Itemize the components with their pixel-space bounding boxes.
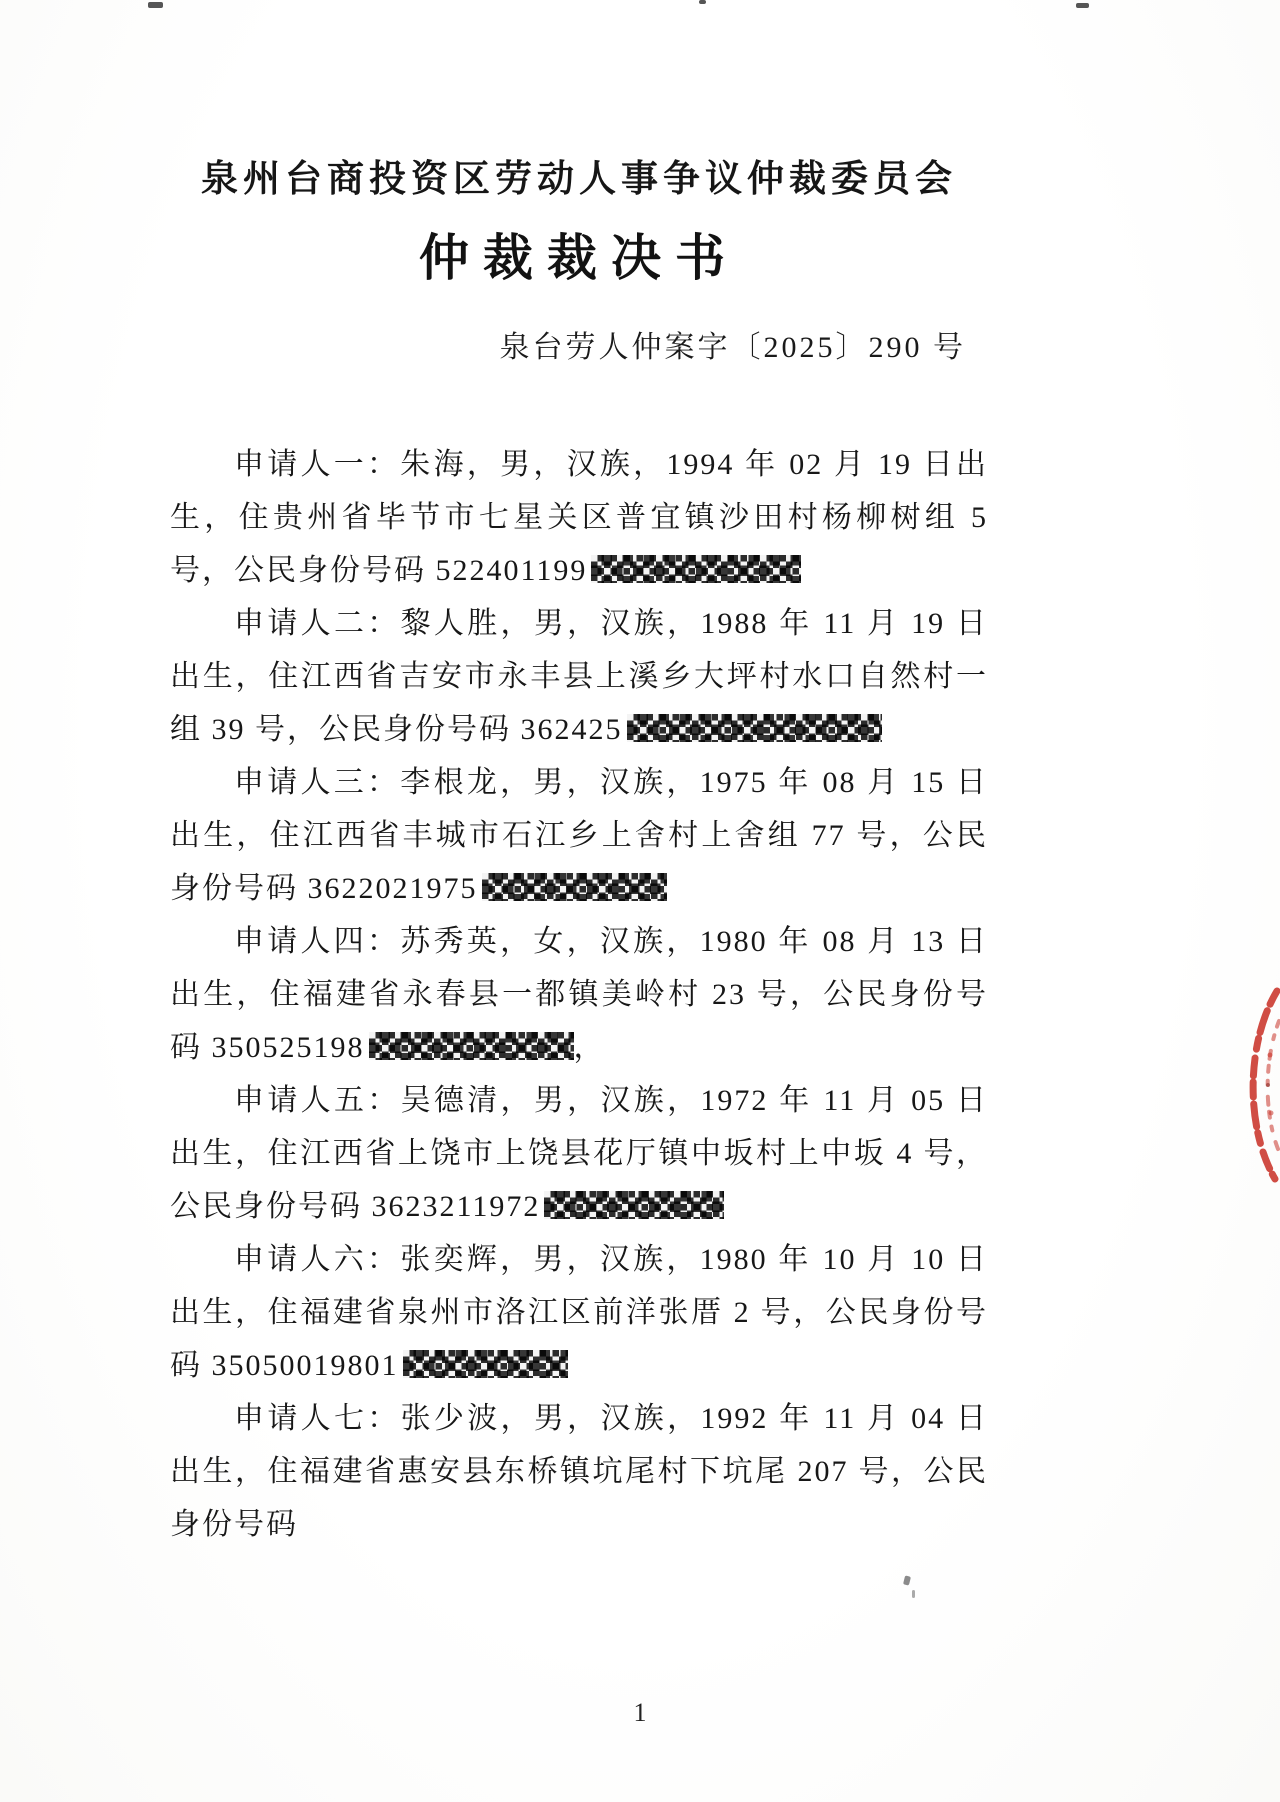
redacted-id-mosaic (627, 714, 882, 742)
applicant-7-paragraph: 申请人七：张少波，男，汉族，1992 年 11 月 04 日出生，住福建省惠安县… (170, 1392, 988, 1551)
redacted-id-mosaic (544, 1191, 724, 1219)
scan-speck (1076, 3, 1089, 8)
applicant-4-suffix: ， (574, 1031, 606, 1064)
redacted-id-mosaic (482, 873, 667, 901)
scan-speck (912, 1590, 915, 1598)
scan-speck (903, 1575, 911, 1585)
applicant-5-paragraph: 申请人五：吴德清，男，汉族，1972 年 11 月 05 日出生，住江西省上饶市… (170, 1074, 988, 1233)
applicant-1-paragraph: 申请人一：朱海，男，汉族，1994 年 02 月 19 日出生，住贵州省毕节市七… (170, 438, 988, 597)
page-number: 1 (0, 1698, 1280, 1728)
redacted-id-mosaic (369, 1032, 574, 1060)
committee-title: 泉州台商投资区劳动人事争议仲裁委员会 (170, 148, 988, 202)
red-official-seal-fragment (1224, 985, 1280, 1185)
applicants-section: 申请人一：朱海，男，汉族，1994 年 02 月 19 日出生，住贵州省毕节市七… (170, 438, 988, 1551)
applicant-2-paragraph: 申请人二：黎人胜，男，汉族，1988 年 11 月 19 日出生，住江西省吉安市… (170, 597, 988, 756)
redacted-id-mosaic (403, 1350, 568, 1378)
document-body: 泉州台商投资区劳动人事争议仲裁委员会 仲裁裁决书 泉台劳人仲案字〔2025〕29… (170, 0, 988, 1551)
applicant-6-paragraph: 申请人六：张奕辉，男，汉族，1980 年 10 月 10 日出生，住福建省泉州市… (170, 1233, 988, 1392)
case-number: 泉台劳人仲案字〔2025〕290 号 (170, 322, 988, 366)
applicant-3-paragraph: 申请人三：李根龙，男，汉族，1975 年 08 月 15 日出生，住江西省丰城市… (170, 756, 988, 915)
scanned-document-page: 泉州台商投资区劳动人事争议仲裁委员会 仲裁裁决书 泉台劳人仲案字〔2025〕29… (0, 0, 1280, 1802)
applicant-6-text: 申请人六：张奕辉，男，汉族，1980 年 10 月 10 日出生，住福建省泉州市… (170, 1243, 988, 1382)
applicant-4-paragraph: 申请人四：苏秀英，女，汉族，1980 年 08 月 13 日出生，住福建省永春县… (170, 915, 988, 1074)
applicant-7-text: 申请人七：张少波，男，汉族，1992 年 11 月 04 日出生，住福建省惠安县… (170, 1402, 988, 1541)
redacted-id-mosaic (591, 555, 801, 583)
scan-speck (148, 2, 163, 8)
document-title: 仲裁裁决书 (170, 218, 988, 290)
applicant-1-text: 申请人一：朱海，男，汉族，1994 年 02 月 19 日出生，住贵州省毕节市七… (170, 448, 988, 587)
